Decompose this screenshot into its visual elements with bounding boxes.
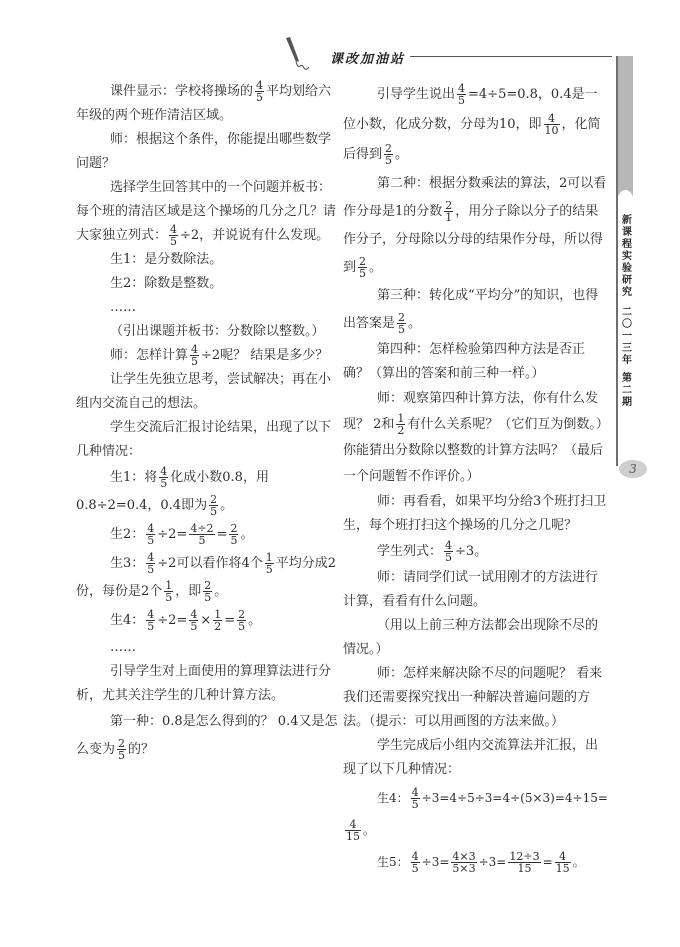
left-column: 课件显示：学校将操场的45平均划给六年级的两个班作清洁区域。 师：根据这个条件，… bbox=[76, 80, 341, 764]
paragraph: 师：根据这个条件，你能提出哪些数学问题？ bbox=[76, 128, 341, 176]
paragraph: 让学生先独立思考，尝试解决；再在小组内交流自己的想法。 bbox=[76, 368, 341, 416]
paragraph: 师：再看看，如果平均分给3个班打扫卫生，每个班打扫这个操场的几分之几呢？ bbox=[343, 490, 608, 538]
paragraph: 生5：45÷3=4×35×3÷3=12÷315=415。 bbox=[343, 846, 608, 878]
paragraph: 生3：45÷2可以看作将4个15平均分成2份，每份是2个15，即25。 bbox=[76, 550, 341, 606]
paragraph: 生4：45÷3=4÷5÷3=4÷(5×3)=4÷15=415。 bbox=[343, 782, 608, 846]
paragraph: 课件显示：学校将操场的45平均划给六年级的两个班作清洁区域。 bbox=[76, 80, 341, 128]
paragraph: （引出课题并板书：分数除以整数。） bbox=[76, 320, 341, 344]
fraction: 45 bbox=[255, 80, 264, 103]
paragraph: 引导学生说出45=4÷5=0.8，0.4是一位小数，化成分数，分母为10，即41… bbox=[343, 80, 608, 170]
paragraph: 生2：45÷2=4÷25=25。 bbox=[76, 520, 341, 550]
journal-info: 新课程实验研究 二〇一三年 第二期 bbox=[620, 215, 634, 409]
paragraph: 生4：45÷2=45×12=25。 bbox=[76, 606, 341, 636]
paragraph: …… bbox=[76, 296, 341, 320]
page-number: 3 bbox=[619, 460, 647, 478]
paragraph: 选择学生回答其中的一个问题并板书：每个班的清洁区域是这个操场的几分之几？请大家独… bbox=[76, 176, 341, 248]
paragraph: 师：怎样计算45÷2呢？ 结果是多少？ bbox=[76, 344, 341, 368]
right-column: 引导学生说出45=4÷5=0.8，0.4是一位小数，化成分数，分母为10，即41… bbox=[343, 80, 608, 878]
section-title: 课改加油站 bbox=[330, 48, 405, 67]
paragraph: 引导学生对上面使用的算理算法进行分析，尤其关注学生的几种计算方法。 bbox=[76, 660, 341, 708]
paragraph: （用以上前三种方法都会出现除不尽的情况。） bbox=[343, 614, 608, 662]
paragraph: 学生交流后汇报讨论结果，出现了以下几种情况： bbox=[76, 416, 341, 464]
paragraph: 生2：除数是整数。 bbox=[76, 272, 341, 296]
paragraph: 第三种：转化成“平均分”的知识，也得出答案是25。 bbox=[343, 282, 608, 338]
section-header: 课改加油站 bbox=[282, 36, 632, 76]
paragraph: 学生列式：45÷3。 bbox=[343, 538, 608, 566]
pen-icon bbox=[282, 36, 322, 76]
paragraph: 第四种：怎样检验第四种方法是否正确？（算出的答案和前三种一样。） bbox=[343, 338, 608, 386]
paragraph: 师：观察第四种计算方法，你有什么发现？ 2和12有什么关系呢？（它们互为倒数。）… bbox=[343, 386, 608, 490]
paragraph: 学生完成后小组内交流算法并汇报，出现了以下几种情况： bbox=[343, 734, 608, 782]
sidebar-tab-notch bbox=[618, 190, 633, 208]
paragraph: 第二种：根据分数乘法的算法，2可以看作分母是1的分数21，用分子除以分子的结果作… bbox=[343, 170, 608, 282]
paragraph: 第一种：0.8是怎么得到的？ 0.4又是怎么变为25的？ bbox=[76, 708, 341, 764]
paragraph: 生1：是分数除法。 bbox=[76, 248, 341, 272]
paragraph: 师：请同学们试一试用刚才的方法进行计算，看看有什么问题。 bbox=[343, 566, 608, 614]
paragraph: 师：怎样来解决除不尽的问题呢？ 看来我们还需要探究找出一种解决普遍问题的方法。（… bbox=[343, 662, 608, 734]
header-rule bbox=[410, 56, 612, 57]
sidebar-tab bbox=[618, 56, 633, 206]
paragraph: …… bbox=[76, 636, 341, 660]
paragraph: 生1：将45化成小数0.8，用0.8÷2=0.4，0.4即为25。 bbox=[76, 464, 341, 520]
